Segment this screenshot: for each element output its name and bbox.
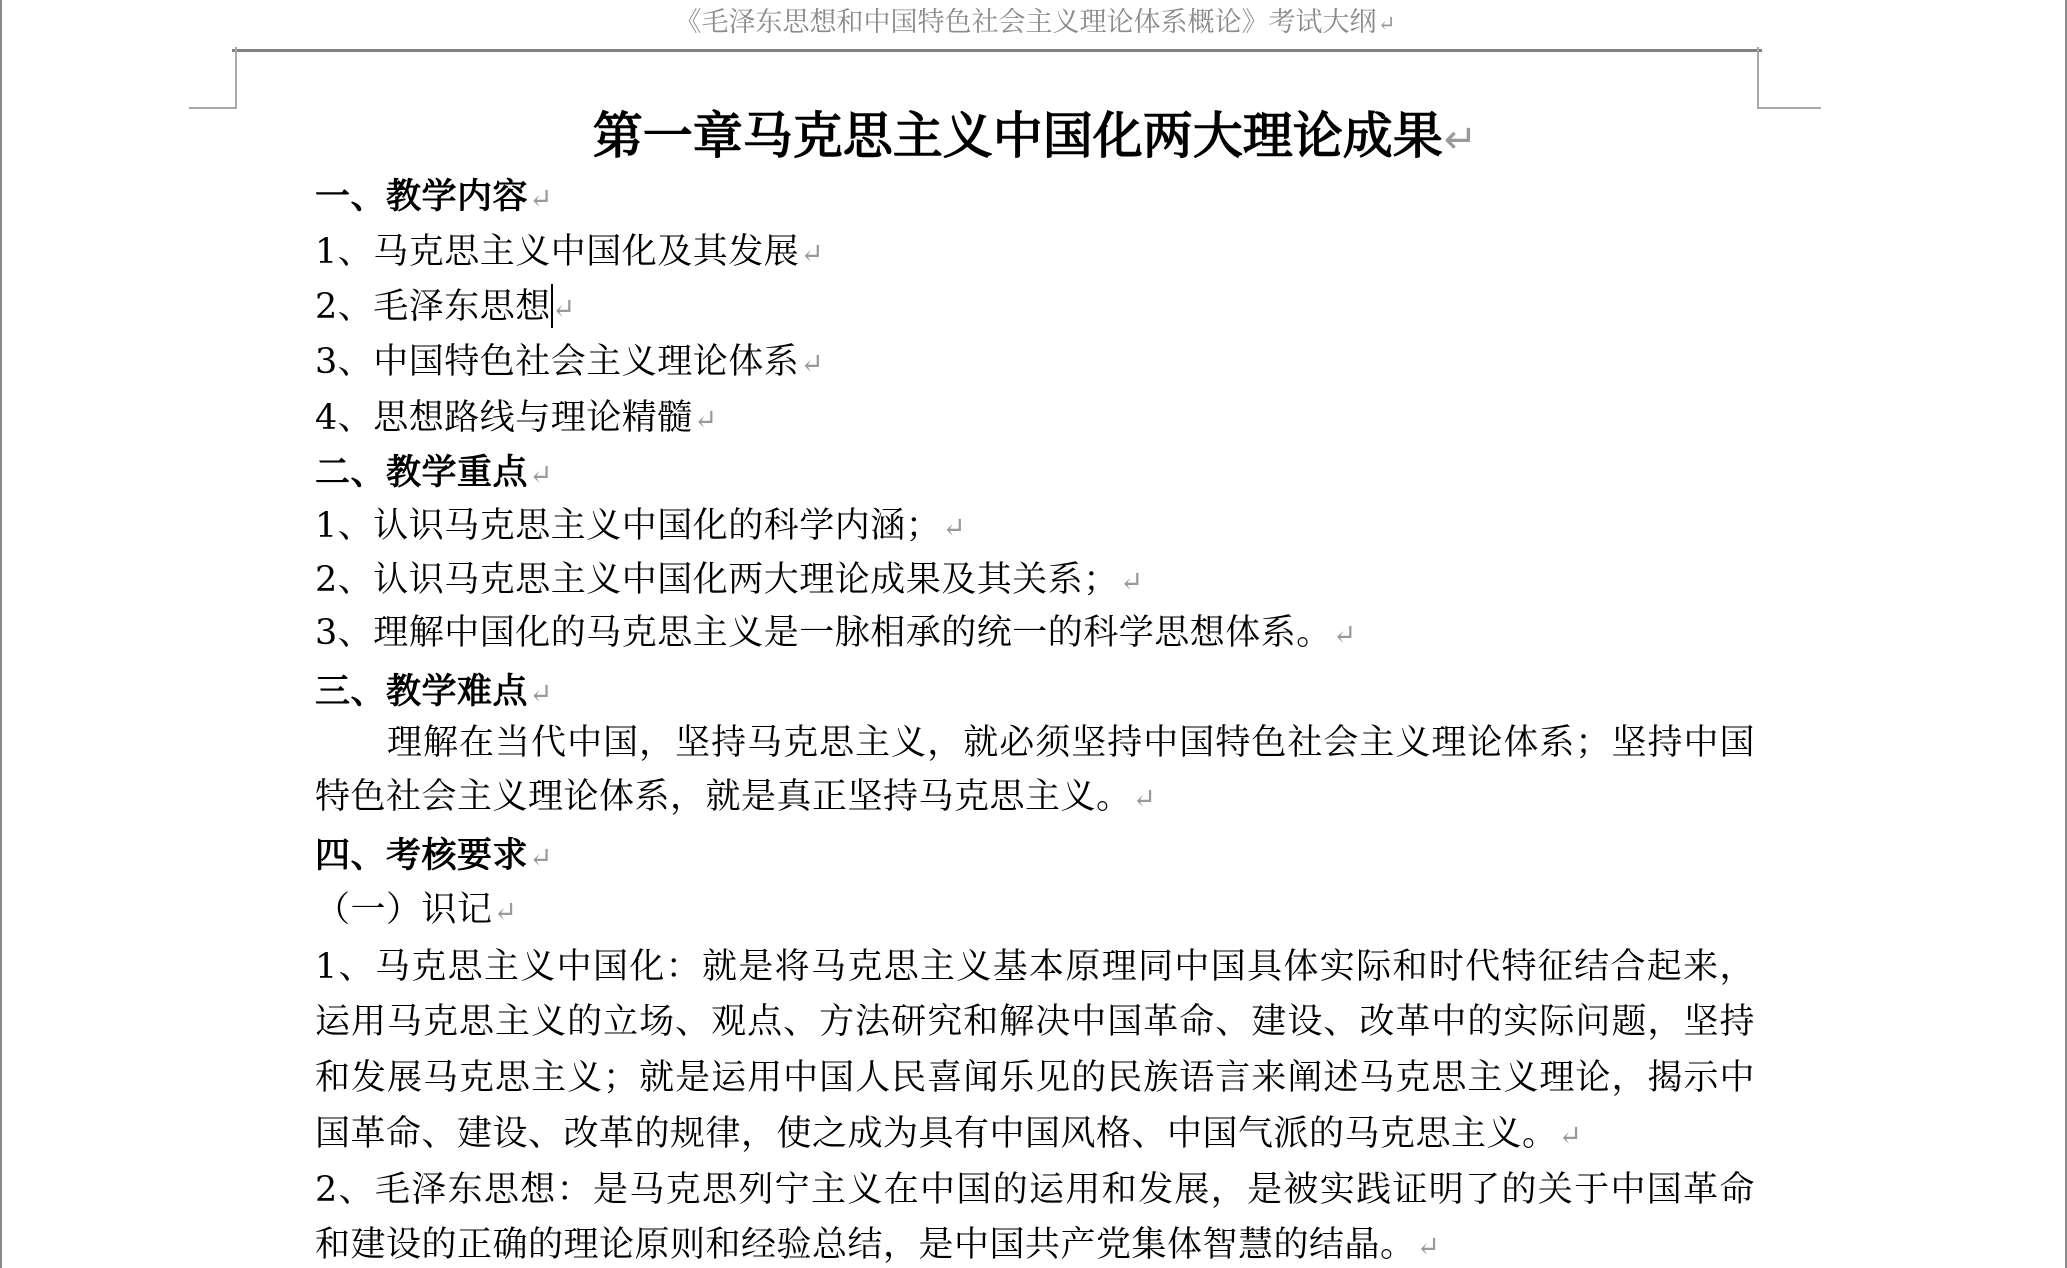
paragraph-mark-icon: ↵	[1120, 565, 1144, 598]
header-rule	[232, 49, 1762, 52]
line-text: 1、认识马克思主义中国化的科学内涵；	[315, 506, 941, 546]
line-text: 三、教学难点	[315, 671, 528, 712]
line-text: 特色社会主义理论体系，就是真正坚持马克思主义。	[315, 777, 1132, 817]
margin-corner-top-right	[1757, 47, 1821, 109]
line-text: 3、中国特色社会主义理论体系	[315, 342, 799, 382]
line-text: （一）识记	[315, 890, 493, 930]
text-line[interactable]: 4、思想路线与理论精髓↵	[315, 396, 1755, 442]
line-text: 一、教学内容	[315, 176, 528, 217]
text-line[interactable]: （一）识记↵	[315, 888, 1755, 934]
line-text: 和建设的正确的理论原则和经验总结，是中国共产党集体智慧的结晶。	[315, 1225, 1416, 1265]
text-line[interactable]: 1、马克思主义中国化及其发展↵	[315, 230, 1755, 276]
section-heading[interactable]: 一、教学内容↵	[315, 175, 1755, 221]
paragraph-mark-icon: ↵	[529, 841, 553, 874]
line-text: 2、毛泽东思想	[315, 287, 551, 327]
paragraph-mark-icon: ↵	[494, 895, 518, 928]
paragraph-mark-icon: ↵	[800, 237, 824, 270]
line-text: 运用马克思主义的立场、观点、方法研究和解决中国革命、建设、改革中的实际问题，坚持	[315, 1002, 1755, 1042]
text-line[interactable]: 3、理解中国化的马克思主义是一脉相承的统一的科学思想体系。↵	[315, 611, 1755, 657]
text-line[interactable]: 运用马克思主义的立场、观点、方法研究和解决中国革命、建设、改革中的实际问题，坚持	[315, 1000, 1755, 1044]
text-line[interactable]: 国革命、建设、改革的规律，使之成为具有中国风格、中国气派的马克思主义。↵	[315, 1112, 1755, 1158]
paragraph-mark-icon: ↵	[1559, 1119, 1583, 1152]
paragraph-mark-icon: ↵	[942, 511, 966, 544]
document-page[interactable]: 《毛泽东思想和中国特色社会主义理论体系概论》考试大纲↵ 第一章马克思主义中国化两…	[0, 0, 2067, 1268]
chapter-title-text: 第一章马克思主义中国化两大理论成果	[593, 107, 1443, 165]
text-line[interactable]: 和建设的正确的理论原则和经验总结，是中国共产党集体智慧的结晶。↵	[315, 1223, 1755, 1268]
text-line[interactable]: 特色社会主义理论体系，就是真正坚持马克思主义。↵	[315, 775, 1755, 821]
paragraph-mark-icon: ↵	[1333, 618, 1357, 651]
line-text: 3、理解中国化的马克思主义是一脉相承的统一的科学思想体系。	[315, 613, 1332, 653]
section-heading[interactable]: 三、教学难点↵	[315, 670, 1755, 716]
line-text: 和发展马克思主义；就是运用中国人民喜闻乐见的民族语言来阐述马克思主义理论，揭示中	[315, 1058, 1755, 1098]
text-line[interactable]: 1、认识马克思主义中国化的科学内涵；↵	[315, 504, 1755, 550]
text-line[interactable]: 3、中国特色社会主义理论体系↵	[315, 340, 1755, 386]
margin-corner-top-left	[189, 47, 237, 109]
line-text: 2、毛泽东思想：是马克思列宁主义在中国的运用和发展，是被实践证明了的关于中国革命	[315, 1170, 1755, 1210]
section-heading[interactable]: 四、考核要求↵	[315, 834, 1755, 880]
line-text: 4、思想路线与理论精髓	[315, 398, 693, 438]
paragraph-mark-icon: ↵	[800, 347, 824, 380]
paragraph-mark-icon: ↵	[529, 677, 553, 710]
paragraph-mark-icon: ↵	[1377, 12, 1395, 37]
line-text: 1、马克思主义中国化：就是将马克思主义基本原理同中国具体实际和时代特征结合起来，	[315, 947, 1755, 987]
text-line[interactable]: 理解在当代中国，坚持马克思主义，就必须坚持中国特色社会主义理论体系；坚持中国	[315, 721, 1755, 765]
line-text: 理解在当代中国，坚持马克思主义，就必须坚持中国特色社会主义理论体系；坚持中国	[387, 723, 1755, 763]
text-line[interactable]: 2、认识马克思主义中国化两大理论成果及其关系；↵	[315, 558, 1755, 604]
paragraph-mark-icon: ↵	[1133, 782, 1157, 815]
text-line[interactable]: 2、毛泽东思想：是马克思列宁主义在中国的运用和发展，是被实践证明了的关于中国革命	[315, 1168, 1755, 1212]
line-text: 国革命、建设、改革的规律，使之成为具有中国风格、中国气派的马克思主义。	[315, 1114, 1558, 1154]
text-line[interactable]: 1、马克思主义中国化：就是将马克思主义基本原理同中国具体实际和时代特征结合起来，	[315, 945, 1755, 989]
line-text: 2、认识马克思主义中国化两大理论成果及其关系；	[315, 560, 1119, 600]
line-text: 二、教学重点	[315, 452, 528, 493]
paragraph-mark-icon: ↵	[529, 458, 553, 491]
line-text: 1、马克思主义中国化及其发展	[315, 232, 799, 272]
section-heading[interactable]: 二、教学重点↵	[315, 451, 1755, 497]
chapter-title[interactable]: 第一章马克思主义中国化两大理论成果↵	[315, 104, 1755, 172]
text-line[interactable]: 2、毛泽东思想↵	[315, 285, 1755, 331]
paragraph-mark-icon: ↵	[1444, 117, 1478, 163]
text-cursor	[551, 284, 553, 328]
text-line[interactable]: 和发展马克思主义；就是运用中国人民喜闻乐见的民族语言来阐述马克思主义理论，揭示中	[315, 1056, 1755, 1100]
paragraph-mark-icon: ↵	[694, 403, 718, 436]
paragraph-mark-icon: ↵	[529, 182, 553, 215]
header-text: 《毛泽东思想和中国特色社会主义理论体系概论》考试大纲	[674, 7, 1376, 38]
paragraph-mark-icon: ↵	[552, 292, 576, 325]
paragraph-mark-icon: ↵	[1417, 1230, 1441, 1263]
page-header[interactable]: 《毛泽东思想和中国特色社会主义理论体系概论》考试大纲↵	[315, 6, 1755, 42]
line-text: 四、考核要求	[315, 835, 528, 876]
